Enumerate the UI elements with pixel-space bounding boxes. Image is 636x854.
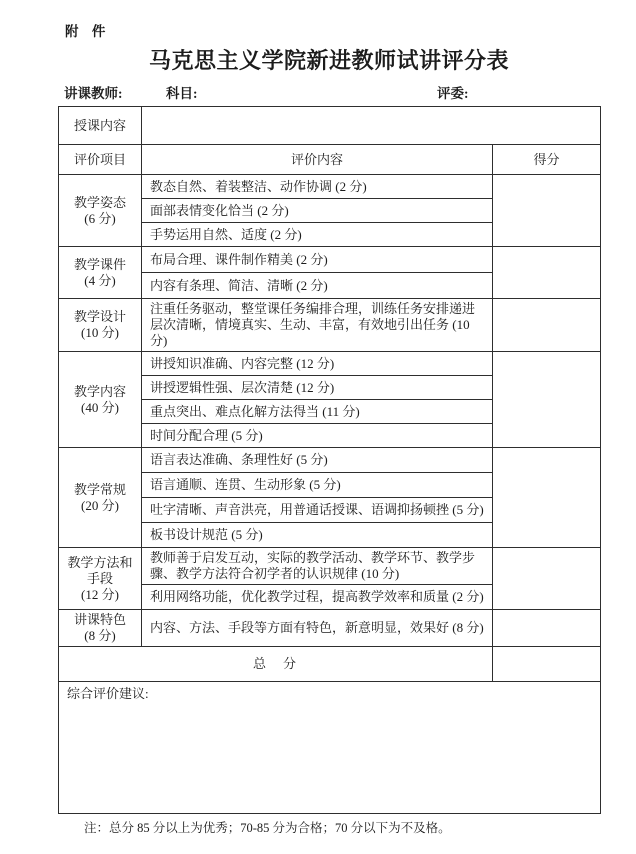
criteria-cell: 重点突出、难点化解方法得当 (11 分) <box>142 400 493 424</box>
total-score-cell <box>493 647 601 682</box>
criteria-cell: 时间分配合理 (5 分) <box>142 424 493 448</box>
footer-note: 注：总分 85 分以上为优秀；70-85 分为合格；70 分以下为不及格。 <box>84 821 636 836</box>
category-name: 教学常规 <box>63 482 137 498</box>
document-page: 附 件 马克思主义学院新进教师试讲评分表 讲课教师: 科目: 评委: 授课内容 … <box>0 0 636 854</box>
lecture-content-row: 授课内容 <box>59 107 601 145</box>
criteria-cell: 教师善于启发互动，实际的教学活动、教学环节、教学步骤、教学方法符合初学者的认识规… <box>142 548 493 585</box>
table-row: 教学姿态 (6 分) 教态自然、着装整洁、动作协调 (2 分) <box>59 175 601 199</box>
category-label: 教学方法和手段 (12 分) <box>59 548 142 610</box>
comment-label: 综合评价建议: <box>59 682 601 814</box>
criteria-cell: 教态自然、着装整洁、动作协调 (2 分) <box>142 175 493 199</box>
score-cell <box>493 299 601 352</box>
page-title: 马克思主义学院新进教师试讲评分表 <box>58 48 600 74</box>
table-row: 教学课件 (4 分) 布局合理、课件制作精美 (2 分) <box>59 247 601 273</box>
teacher-field-label: 讲课教师: <box>64 86 123 102</box>
table-row: 教学设计 (10 分) 注重任务驱动，整堂课任务编排合理，训练任务安排递进层次清… <box>59 299 601 352</box>
criteria-cell: 手势运用自然、适度 (2 分) <box>142 223 493 247</box>
attachment-label: 附 件 <box>65 0 636 39</box>
category-label: 教学常规 (20 分) <box>59 448 142 548</box>
score-cell <box>493 548 601 610</box>
criteria-cell: 注重任务驱动，整堂课任务编排合理，训练任务安排递进层次清晰，情境真实、生动、丰富… <box>142 299 493 352</box>
table-row: 教学方法和手段 (12 分) 教师善于启发互动，实际的教学活动、教学环节、教学步… <box>59 548 601 585</box>
category-points: (40 分) <box>63 400 137 416</box>
lecture-content-value <box>142 107 601 145</box>
criteria-cell: 板书设计规范 (5 分) <box>142 523 493 548</box>
score-cell <box>493 352 601 448</box>
category-label: 教学姿态 (6 分) <box>59 175 142 247</box>
category-points: (20 分) <box>63 498 137 514</box>
category-name: 教学课件 <box>63 257 137 273</box>
comment-row: 综合评价建议: <box>59 682 601 814</box>
criteria-cell: 布局合理、课件制作精美 (2 分) <box>142 247 493 273</box>
category-points: (4 分) <box>63 273 137 289</box>
category-points: (10 分) <box>63 325 137 341</box>
category-name: 讲课特色 <box>63 612 137 628</box>
subject-field-label: 科目: <box>166 86 198 102</box>
category-label: 讲课特色 (8 分) <box>59 610 142 647</box>
criteria-cell: 吐字清晰、声音洪亮，用普通话授课、语调抑扬顿挫 (5 分) <box>142 498 493 523</box>
criteria-cell: 语言通顺、连贯、生动形象 (5 分) <box>142 473 493 498</box>
header-item: 评价项目 <box>59 145 142 175</box>
category-points: (6 分) <box>63 211 137 227</box>
category-name: 教学方法和手段 <box>63 555 137 587</box>
criteria-cell: 面部表情变化恰当 (2 分) <box>142 199 493 223</box>
total-score-label: 总 分 <box>59 647 493 682</box>
total-score-row: 总 分 <box>59 647 601 682</box>
category-points: (8 分) <box>63 628 137 644</box>
header-score: 得分 <box>493 145 601 175</box>
criteria-cell: 内容有条理、简洁、清晰 (2 分) <box>142 273 493 299</box>
score-cell <box>493 175 601 247</box>
table-row: 讲课特色 (8 分) 内容、方法、手段等方面有特色，新意明显，效果好 (8 分) <box>59 610 601 647</box>
category-label: 教学设计 (10 分) <box>59 299 142 352</box>
table-header-row: 评价项目 评价内容 得分 <box>59 145 601 175</box>
category-label: 教学课件 (4 分) <box>59 247 142 299</box>
table-row: 教学常规 (20 分) 语言表达准确、条理性好 (5 分) <box>59 448 601 473</box>
judge-field-label: 评委: <box>437 86 469 102</box>
score-cell <box>493 448 601 548</box>
lecture-content-label: 授课内容 <box>59 107 142 145</box>
table-row: 教学内容 (40 分) 讲授知识准确、内容完整 (12 分) <box>59 352 601 376</box>
score-cell <box>493 610 601 647</box>
header-content: 评价内容 <box>142 145 493 175</box>
header-fields: 讲课教师: 科目: 评委: <box>58 86 600 104</box>
criteria-cell: 利用网络功能，优化教学过程，提高教学效率和质量 (2 分) <box>142 585 493 610</box>
criteria-cell: 语言表达准确、条理性好 (5 分) <box>142 448 493 473</box>
criteria-cell: 讲授知识准确、内容完整 (12 分) <box>142 352 493 376</box>
category-name: 教学姿态 <box>63 195 137 211</box>
score-cell <box>493 247 601 299</box>
criteria-cell: 讲授逻辑性强、层次清楚 (12 分) <box>142 376 493 400</box>
category-label: 教学内容 (40 分) <box>59 352 142 448</box>
criteria-cell: 内容、方法、手段等方面有特色，新意明显，效果好 (8 分) <box>142 610 493 647</box>
category-name: 教学内容 <box>63 384 137 400</box>
category-points: (12 分) <box>63 587 137 603</box>
evaluation-table: 授课内容 评价项目 评价内容 得分 教学姿态 (6 分) 教态自然、着装整洁、动… <box>58 106 601 814</box>
category-name: 教学设计 <box>63 309 137 325</box>
